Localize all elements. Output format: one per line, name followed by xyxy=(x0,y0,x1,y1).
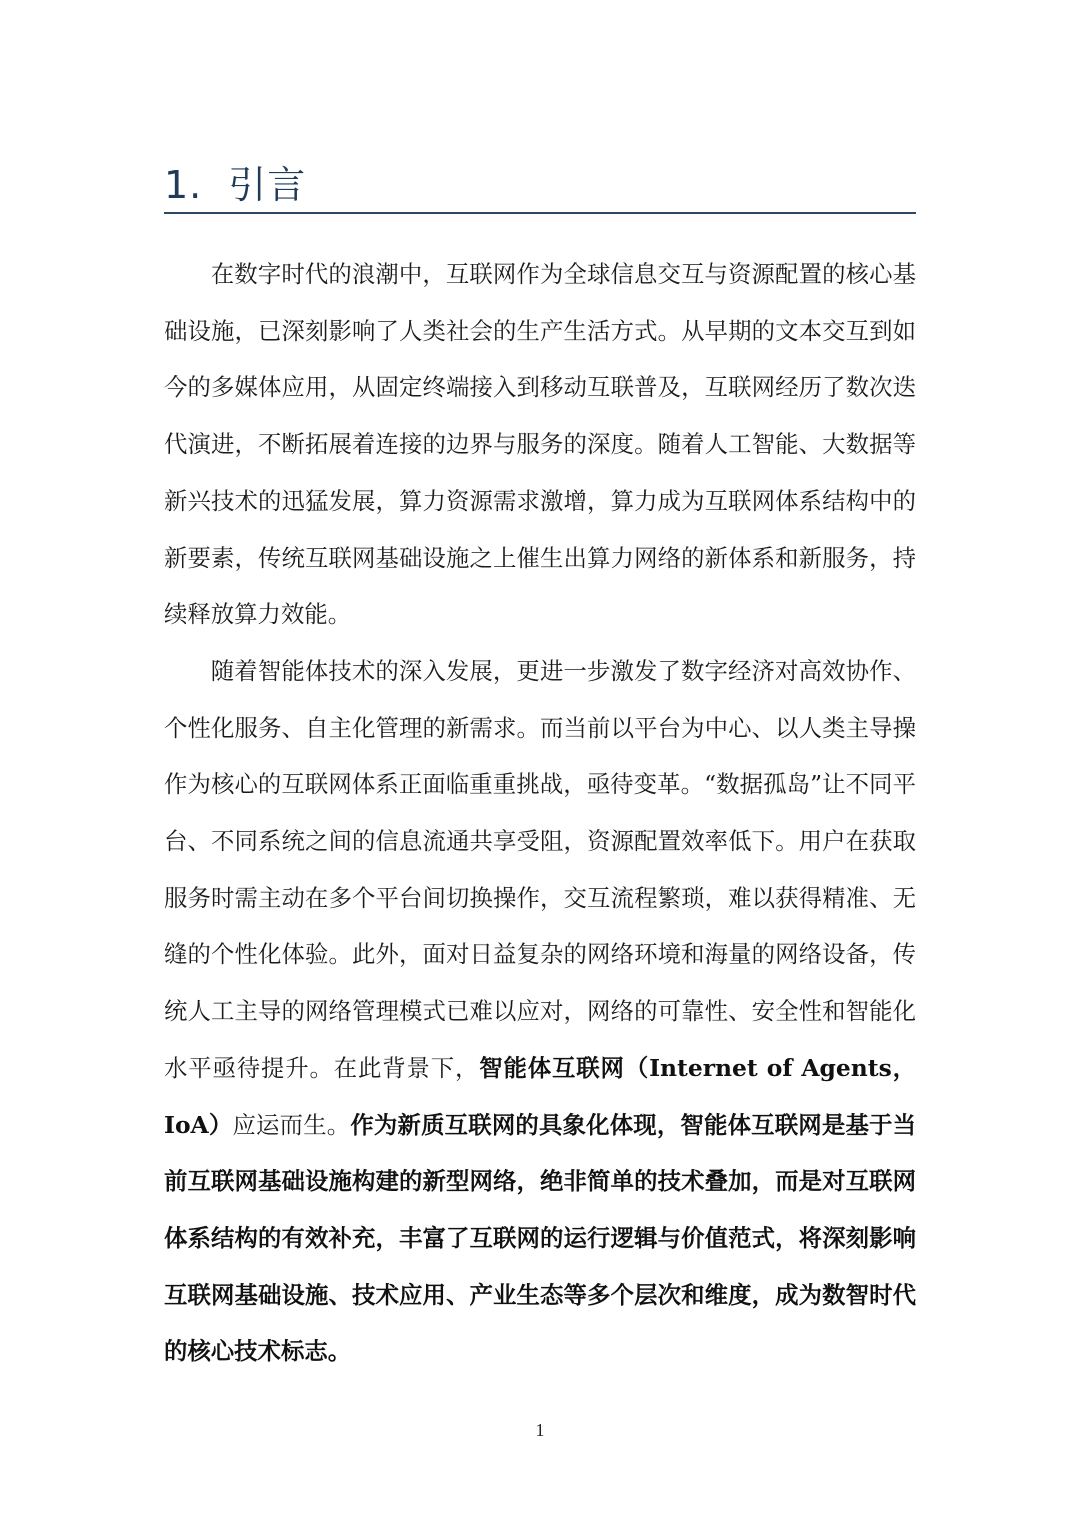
section-title: 引言 xyxy=(228,163,306,207)
paragraph-1: 在数字时代的浪潮中，互联网作为全球信息交互与资源配置的核心基础设施，已深刻影响了… xyxy=(164,246,916,643)
body-text: 在数字时代的浪潮中，互联网作为全球信息交互与资源配置的核心基础设施，已深刻影响了… xyxy=(164,246,916,1380)
section-number: 1. xyxy=(164,163,202,207)
document-page: 1.引言 在数字时代的浪潮中，互联网作为全球信息交互与资源配置的核心基础设施，已… xyxy=(0,0,1080,1526)
paragraph-2: 随着智能体技术的深入发展，更进一步激发了数字经济对高效协作、个性化服务、自主化管… xyxy=(164,643,916,1380)
heading-underline xyxy=(164,212,916,214)
paragraph-2-text-b: 应运而生。 xyxy=(232,1111,350,1139)
paragraph-2-text-a: 随着智能体技术的深入发展，更进一步激发了数字经济对高效协作、个性化服务、自主化管… xyxy=(164,657,916,1082)
section-heading: 1.引言 xyxy=(164,160,306,210)
paragraph-1-text: 在数字时代的浪潮中，互联网作为全球信息交互与资源配置的核心基础设施，已深刻影响了… xyxy=(164,260,916,628)
page-number: 1 xyxy=(0,1420,1080,1441)
ioa-definition: 作为新质互联网的具象化体现，智能体互联网是基于当前互联网基础设施构建的新型网络，… xyxy=(164,1111,916,1366)
